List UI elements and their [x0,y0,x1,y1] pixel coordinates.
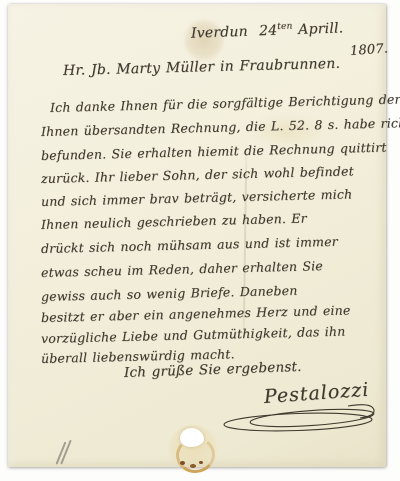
signature-flourish [220,400,380,436]
letter-address-line: Hr. Jb. Marty Müller in Fraubrunnen. [63,56,341,79]
letter-body-line: Ihnen neulich geschrieben zu haben. Er [41,211,307,232]
scanned-letter-view: Iverdun 24ten Aprill. 1807. Hr. Jb. Mart… [0,0,400,481]
letter-body-line: Ihnen übersandten Rechnung, die L. 52. 8… [41,115,400,139]
seal-speck [190,464,196,468]
letter-body-line: gewiss auch so wenig Briefe. Daneben [41,283,298,304]
dateline-year: 1807. [349,41,388,59]
dateline-day-suffix: ten [277,21,293,32]
seal-speck [199,461,203,464]
letter-body-line: besitzt er aber ein angenehmes Herz und … [41,302,351,325]
dateline-month: Aprill. [298,20,344,38]
seal-speck [180,461,185,465]
letter-body-line: Ich danke Ihnen für die sorgfältige Beri… [50,91,400,115]
letter-paper-sheet: Iverdun 24ten Aprill. 1807. Hr. Jb. Mart… [8,4,386,467]
dateline-day: 24 [259,23,278,40]
pencil-mark [54,438,74,468]
letter-body-line: vorzügliche Liebe und Gutmüthigkeit, das… [41,324,346,346]
letter-body-line: drückt sich noch mühsam aus und ist imme… [41,234,338,256]
letter-body-line: und sich immer brav beträgt, versicherte… [41,186,353,209]
wax-seal-remnant [168,425,218,473]
dateline-place: Iverdun [191,24,248,42]
letter-body-line: zurück. Ihr lieber Sohn, der sich wohl b… [41,163,354,186]
letter-body-line: befunden. Sie erhalten hiemit die Rechnu… [41,140,387,163]
seal-torn-paper [180,428,204,447]
letter-body-line: etwas scheu im Reden, daher erhalten Sie [41,258,323,280]
